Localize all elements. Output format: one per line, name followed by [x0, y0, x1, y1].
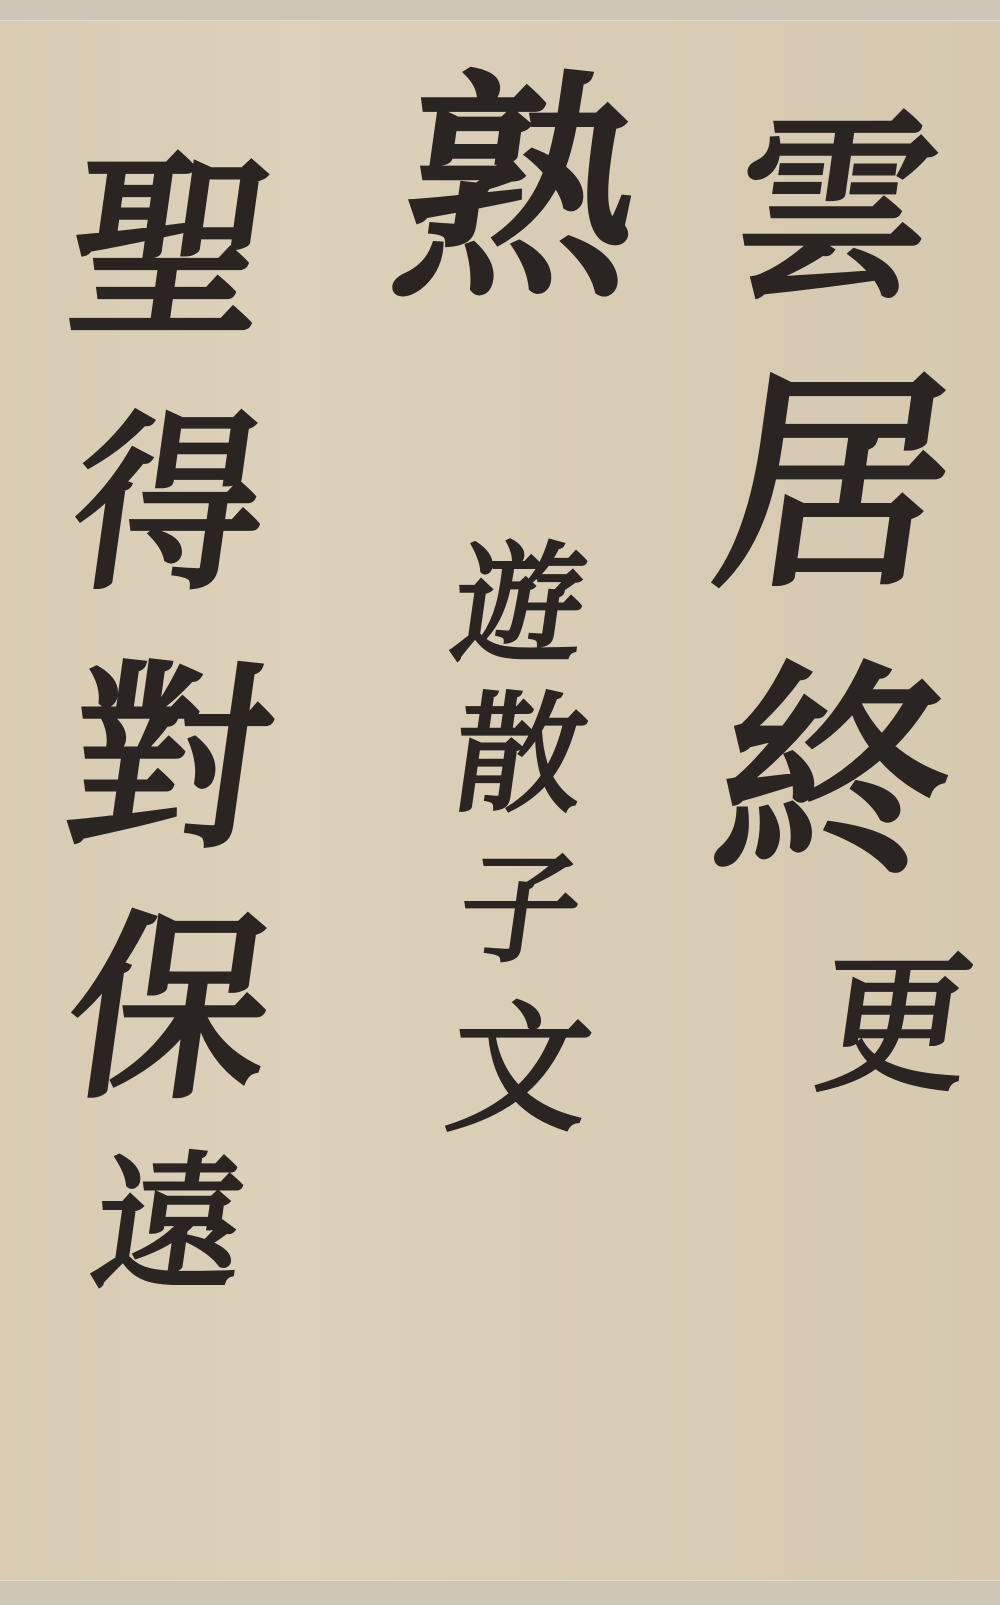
- glyph: 得: [62, 410, 279, 600]
- scroll-mount-top: [0, 0, 1000, 21]
- calligraphy-column-middle: 熟 遊 散 子 文: [400, 70, 640, 1140]
- glyph: 居: [704, 370, 966, 600]
- glyph: 子: [452, 850, 589, 970]
- calligraphy-column-left: 聖 得 對 保 遠: [70, 150, 270, 1300]
- glyph: 熟: [383, 70, 657, 310]
- glyph: 保: [56, 910, 284, 1110]
- calligraphy-column-right: 雲 居 終 更: [700, 110, 970, 1100]
- scroll-mount-bottom: [0, 1580, 1000, 1605]
- glyph: 文: [440, 1000, 600, 1140]
- glyph: 對: [56, 660, 284, 860]
- glyph: 更: [809, 950, 980, 1100]
- glyph: 終: [704, 660, 966, 890]
- glyph: 遠: [84, 1150, 255, 1300]
- glyph: 散: [446, 690, 594, 820]
- glyph: 遊: [446, 540, 594, 670]
- glyph: 聖: [56, 150, 284, 350]
- glyph: 雲: [721, 110, 949, 310]
